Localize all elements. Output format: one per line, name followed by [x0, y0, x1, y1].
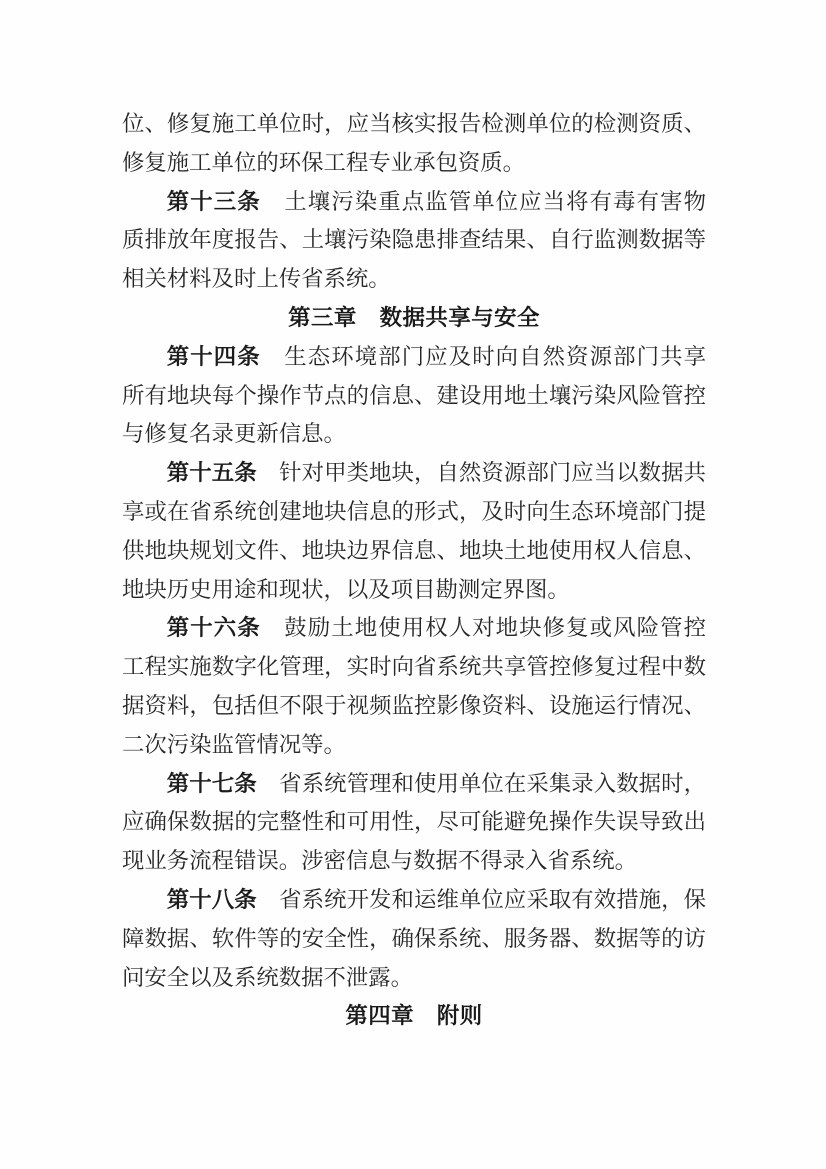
body-line: 享或在省系统创建地块信息的形式，及时向生态环境部门提	[122, 493, 706, 532]
body-line: 位、修复施工单位时，应当核实报告检测单位的检测资质、	[122, 105, 706, 144]
chapter-heading: 第三章 数据共享与安全	[122, 299, 706, 338]
line-text: 据资料，包括但不限于视频监控影像资料、设施运行情况、	[122, 693, 706, 718]
line-text: 针对甲类地块，自然资源部门应当以数据共	[257, 460, 706, 485]
article-start-line: 第十七条 省系统管理和使用单位在采集录入数据时，	[122, 765, 706, 804]
article-number: 第十三条	[167, 189, 261, 214]
chapter-heading-text: 第四章 附则	[345, 1003, 482, 1028]
line-text: 应确保数据的完整性和可用性，尽可能避免操作失误导致出	[122, 809, 706, 834]
line-text: 供地块规划文件、地块边界信息、地块土地使用权人信息、	[122, 538, 706, 563]
body-line: 相关材料及时上传省系统。	[122, 260, 706, 299]
article-number: 第十六条	[167, 615, 261, 640]
body-line: 与修复名录更新信息。	[122, 415, 706, 454]
body-line: 二次污染监管情况等。	[122, 726, 706, 765]
article-number: 第十八条	[167, 887, 257, 912]
article-start-line: 第十六条 鼓励土地使用权人对地块修复或风险管控	[122, 609, 706, 648]
article-number: 第十七条	[167, 771, 257, 796]
line-text: 鼓励土地使用权人对地块修复或风险管控	[261, 615, 706, 640]
line-text: 省系统管理和使用单位在采集录入数据时，	[257, 771, 706, 796]
article-start-line: 第十四条 生态环境部门应及时向自然资源部门共享	[122, 338, 706, 377]
article-start-line: 第十八条 省系统开发和运维单位应采取有效措施，保	[122, 881, 706, 920]
line-text: 障数据、软件等的安全性，确保系统、服务器、数据等的访	[122, 926, 706, 951]
line-text: 相关材料及时上传省系统。	[122, 266, 391, 291]
body-line: 据资料，包括但不限于视频监控影像资料、设施运行情况、	[122, 687, 706, 726]
article-start-line: 第十五条 针对甲类地块，自然资源部门应当以数据共	[122, 454, 706, 493]
line-text: 所有地块每个操作节点的信息、建设用地土壤污染风险管控	[122, 383, 706, 408]
line-text: 地块历史用途和现状，以及项目勘测定界图。	[122, 577, 570, 602]
body-line: 质排放年度报告、土壤污染隐患排查结果、自行监测数据等	[122, 221, 706, 260]
line-text: 质排放年度报告、土壤污染隐患排查结果、自行监测数据等	[122, 227, 706, 252]
body-line: 问安全以及系统数据不泄露。	[122, 959, 706, 998]
line-text: 土壤污染重点监管单位应当将有毒有害物	[261, 189, 706, 214]
line-text: 享或在省系统创建地块信息的形式，及时向生态环境部门提	[122, 499, 706, 524]
line-text: 问安全以及系统数据不泄露。	[122, 965, 413, 990]
article-number: 第十四条	[167, 344, 261, 369]
body-line: 工程实施数字化管理，实时向省系统共享管控修复过程中数	[122, 648, 706, 687]
line-text: 现业务流程错误。涉密信息与数据不得录入省系统。	[122, 848, 637, 873]
line-text: 位、修复施工单位时，应当核实报告检测单位的检测资质、	[122, 111, 706, 136]
article-start-line: 第十三条 土壤污染重点监管单位应当将有毒有害物	[122, 183, 706, 222]
document-text-block: 位、修复施工单位时，应当核实报告检测单位的检测资质、 修复施工单位的环保工程专业…	[122, 105, 706, 1036]
line-text: 生态环境部门应及时向自然资源部门共享	[261, 344, 706, 369]
body-line: 应确保数据的完整性和可用性，尽可能避免操作失误导致出	[122, 803, 706, 842]
line-text: 工程实施数字化管理，实时向省系统共享管控修复过程中数	[122, 654, 706, 679]
article-number: 第十五条	[167, 460, 257, 485]
body-line: 修复施工单位的环保工程专业承包资质。	[122, 144, 706, 183]
line-text: 与修复名录更新信息。	[122, 421, 346, 446]
body-line: 地块历史用途和现状，以及项目勘测定界图。	[122, 571, 706, 610]
line-text: 省系统开发和运维单位应采取有效措施，保	[257, 887, 706, 912]
line-text: 二次污染监管情况等。	[122, 732, 346, 757]
line-text: 修复施工单位的环保工程专业承包资质。	[122, 150, 525, 175]
body-line: 现业务流程错误。涉密信息与数据不得录入省系统。	[122, 842, 706, 881]
body-line: 障数据、软件等的安全性，确保系统、服务器、数据等的访	[122, 920, 706, 959]
document-page: 位、修复施工单位时，应当核实报告检测单位的检测资质、 修复施工单位的环保工程专业…	[0, 0, 826, 1169]
chapter-heading-text: 第三章 数据共享与安全	[288, 305, 540, 330]
chapter-heading: 第四章 附则	[122, 997, 706, 1036]
body-line: 所有地块每个操作节点的信息、建设用地土壤污染风险管控	[122, 377, 706, 416]
body-line: 供地块规划文件、地块边界信息、地块土地使用权人信息、	[122, 532, 706, 571]
